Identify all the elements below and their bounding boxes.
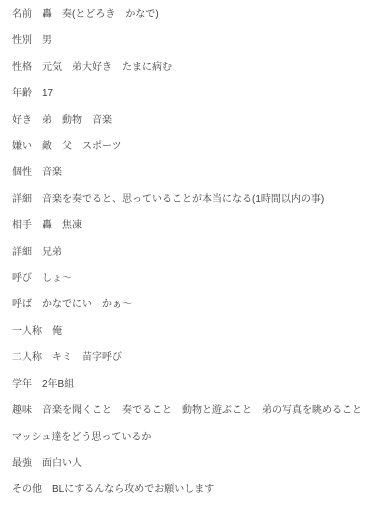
field-other: その他 BLにするんなら攻めでお願いします (12, 477, 366, 503)
field-age: 年齢 17 (12, 81, 366, 107)
field-gender: 性別 男 (12, 28, 366, 54)
field-nickname-called: 呼ば かなでにい かぁ〜 (12, 292, 366, 318)
document-page: { "page": { "background": "#ffffff", "te… (0, 0, 366, 512)
field-partner: 相手 轟 焦凍 (12, 213, 366, 239)
field-personality: 性格 元気 弟大好き たまに病む (12, 55, 366, 81)
field-grade: 学年 2年B組 (12, 372, 366, 398)
field-hobbies: 趣味 音楽を聞くこと 奏でること 動物と遊ぶこと 弟の写真を眺めること (12, 398, 366, 424)
field-relation-detail: 詳細 兄弟 (12, 240, 366, 266)
field-likes: 好き 弟 動物 音楽 (12, 108, 366, 134)
profile-text-document: 名前 轟 奏(とどろき かなで) 性別 男 性格 元気 弟大好き たまに病む 年… (0, 0, 366, 504)
field-first-person: 一人称 俺 (12, 319, 366, 345)
field-name: 名前 轟 奏(とどろき かなで) (12, 2, 366, 28)
field-quirk: 個性 音楽 (12, 160, 366, 186)
field-strongest: 最強 面白い人 (12, 451, 366, 477)
field-second-person: 二人称 キミ 苗字呼び (12, 345, 366, 371)
field-dislikes: 嫌い 敵 父 スポーツ (12, 134, 366, 160)
question-line: マッシュ達をどう思っているか (12, 425, 366, 451)
field-quirk-detail: 詳細 音楽を奏でると、思っていることが本当になる(1時間以内の事) (12, 187, 366, 213)
field-nickname-calls: 呼び しょ〜 (12, 266, 366, 292)
